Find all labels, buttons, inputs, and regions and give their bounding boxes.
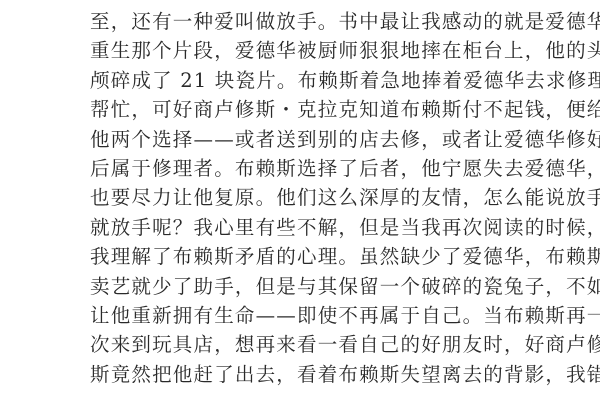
text-line: 他两个选择——或者送到别的店去修，或者让爱德华修好: [90, 125, 510, 154]
text-line: 卖艺就少了助手，但是与其保留一个破碎的瓷兔子，不如: [90, 272, 510, 301]
text-line: 后属于修理者。布赖斯选择了后者，他宁愿失去爱德华，: [90, 154, 510, 183]
body-text: 至，还有一种爱叫做放手。书中最让我感动的就是爱德华 重生那个片段，爱德华被厨师狠…: [90, 7, 510, 389]
text-line: 重生那个片段，爱德华被厨师狠狠地摔在柜台上，他的头: [90, 36, 510, 65]
document-page: 至，还有一种爱叫做放手。书中最让我感动的就是爱德华 重生那个片段，爱德华被厨师狠…: [0, 0, 600, 400]
text-line: 次来到玩具店，想再来看一看自己的好朋友时，好商卢修: [90, 330, 510, 359]
text-line: 让他重新拥有生命——即使不再属于自己。当布赖斯再一: [90, 301, 510, 330]
text-line: 斯竟然把他赶了出去，看着布赖斯失望离去的背影，我错: [90, 360, 510, 389]
text-line: 至，还有一种爱叫做放手。书中最让我感动的就是爱德华: [90, 7, 510, 36]
text-line: 颅碎成了 21 块瓷片。布赖斯着急地捧着爱德华去求修理商: [90, 66, 510, 95]
text-line: 我理解了布赖斯矛盾的心理。虽然缺少了爱德华，布赖斯: [90, 242, 510, 271]
text-line: 帮忙，可好商卢修斯・克拉克知道布赖斯付不起钱，便给: [90, 95, 510, 124]
text-line: 也要尽力让他复原。他们这么深厚的友情，怎么能说放手: [90, 183, 510, 212]
text-line: 就放手呢？我心里有些不解，但是当我再次阅读的时候，: [90, 213, 510, 242]
